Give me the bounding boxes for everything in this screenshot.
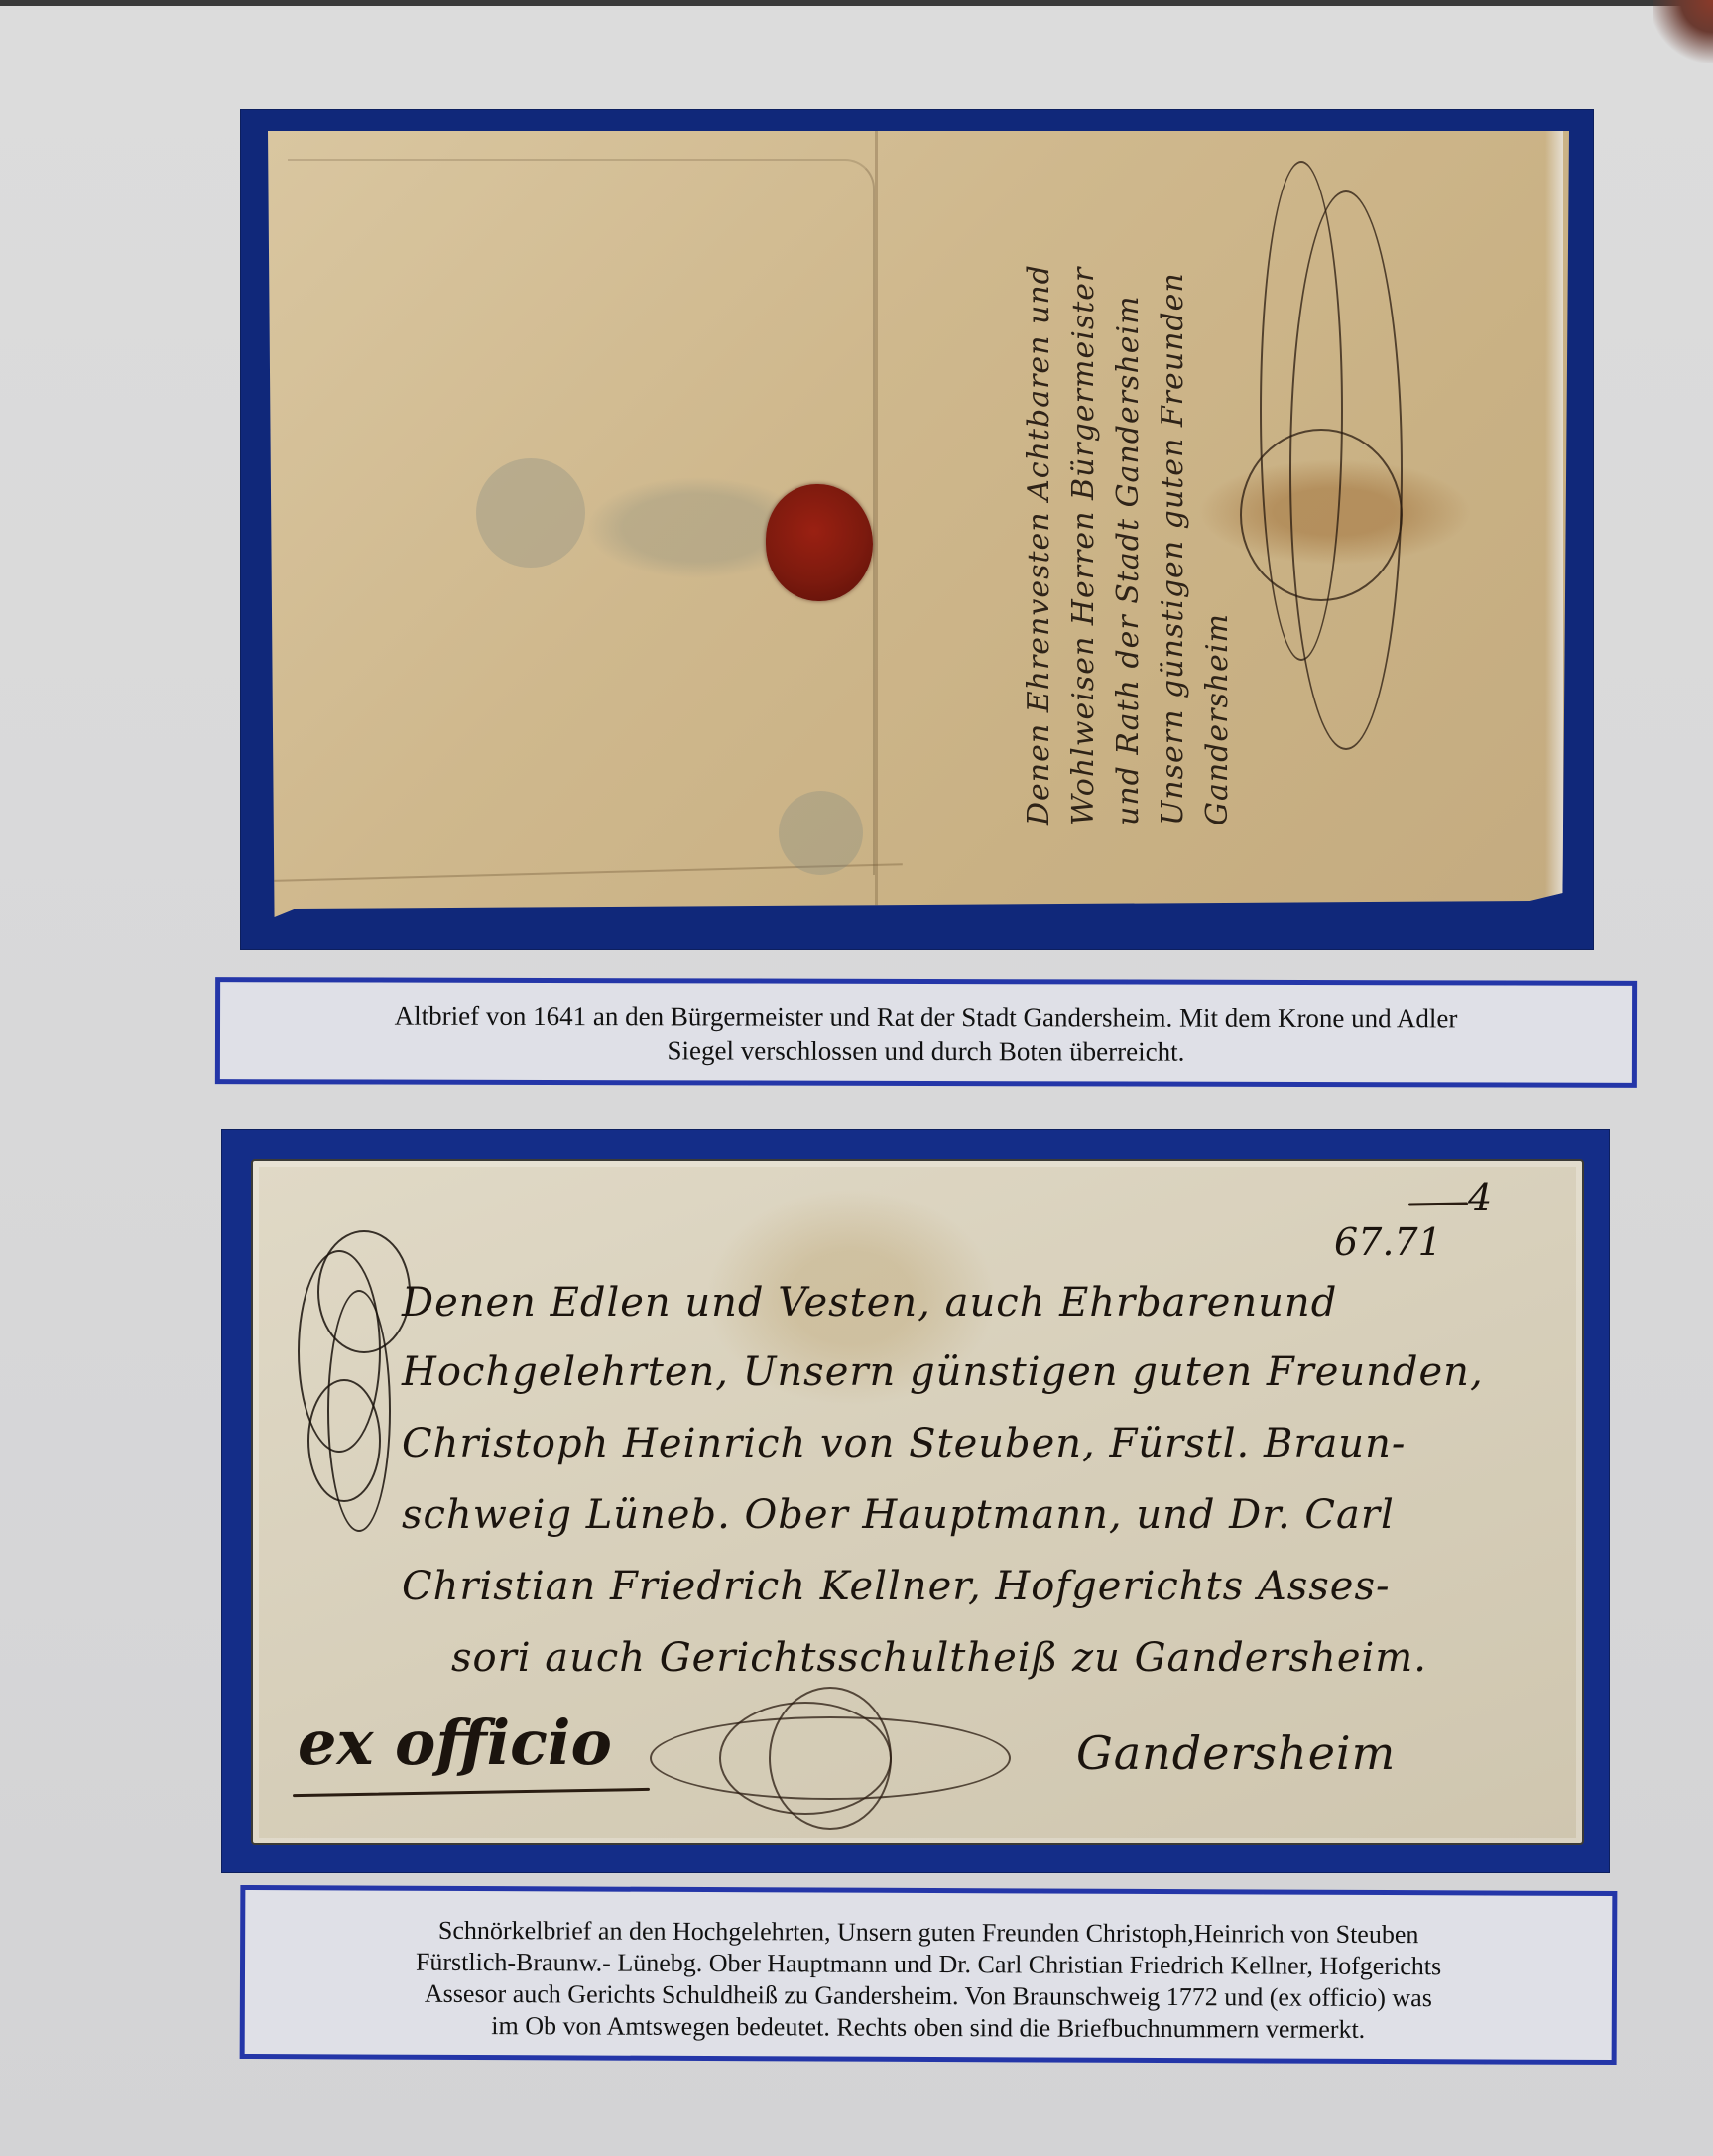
wax-seal-icon: [766, 484, 873, 601]
address-line: schweig Lüneb. Ober Hauptmann, und Dr. C…: [402, 1492, 1395, 1538]
flourish-loop: [1240, 429, 1403, 601]
fold-line-vertical: [875, 131, 878, 925]
address-line: Christian Friedrich Kellner, Hofgerichts…: [402, 1564, 1391, 1609]
destination: Gandersheim: [1076, 1726, 1396, 1780]
caption-line: Altbrief von 1641 an den Bürgermeister u…: [220, 998, 1632, 1036]
ex-officio-underline: [293, 1788, 650, 1797]
exhibit-1-mount: Denen Ehrenvesten Achtbaren und Wohlweis…: [240, 109, 1594, 950]
address-line: Hochgelehrten, Unsern günstigen guten Fr…: [402, 1349, 1484, 1395]
script-line: und Rath der Stadt Gandersheim: [1111, 171, 1151, 825]
exhibit-2-caption: Schnörkelbrief an den Hochgelehrten, Uns…: [240, 1885, 1618, 2065]
stain: [476, 458, 585, 568]
address-line: Christoph Heinrich von Steuben, Fürstl. …: [402, 1421, 1406, 1466]
stain: [779, 791, 863, 875]
ex-officio-mark: ex officio: [298, 1707, 612, 1779]
vertical-address-script: Denen Ehrenvesten Achtbaren und Wohlweis…: [1012, 171, 1270, 865]
corner-mark-stroke: [1408, 1202, 1468, 1205]
exhibit-2-letter: 4 67.71 Denen Edlen und Vesten, auch Ehr…: [251, 1159, 1584, 1845]
address-line: Denen Edlen und Vesten, auch Ehrbarenund: [402, 1280, 1337, 1326]
mount-corner-tape: [1545, 131, 1563, 925]
exhibit-1-caption: Altbrief von 1641 an den Bürgermeister u…: [215, 977, 1637, 1088]
corner-shadow: [1653, 0, 1713, 69]
script-line: Wohlweisen Herren Bürgermeister: [1066, 171, 1106, 825]
script-line: Gandersheim: [1200, 349, 1240, 825]
script-line: Unsern günstigen guten Freunden: [1156, 171, 1195, 825]
flourished-initial: [298, 1230, 417, 1558]
script-line: Denen Ehrenvesten Achtbaren und: [1022, 171, 1061, 825]
caption-line: im Ob von Amtswegen bedeutet. Rechts obe…: [245, 2009, 1612, 2047]
flourish-loop: [769, 1687, 892, 1830]
address-line: sori auch Gerichtsschultheiß zu Gandersh…: [451, 1635, 1427, 1681]
corner-mark: 4: [1468, 1176, 1492, 1219]
page-top-edge: [0, 0, 1713, 6]
caption-line: Siegel verschlossen und durch Boten über…: [220, 1032, 1632, 1070]
exhibit-2-mount: 4 67.71 Denen Edlen und Vesten, auch Ehr…: [221, 1129, 1610, 1873]
letterbook-number: 67.71: [1334, 1220, 1442, 1264]
caption-line: Assesor auch Gerichts Schuldheiß zu Gand…: [245, 1977, 1612, 2015]
exhibit-1-letter: Denen Ehrenvesten Achtbaren und Wohlweis…: [268, 131, 1569, 925]
